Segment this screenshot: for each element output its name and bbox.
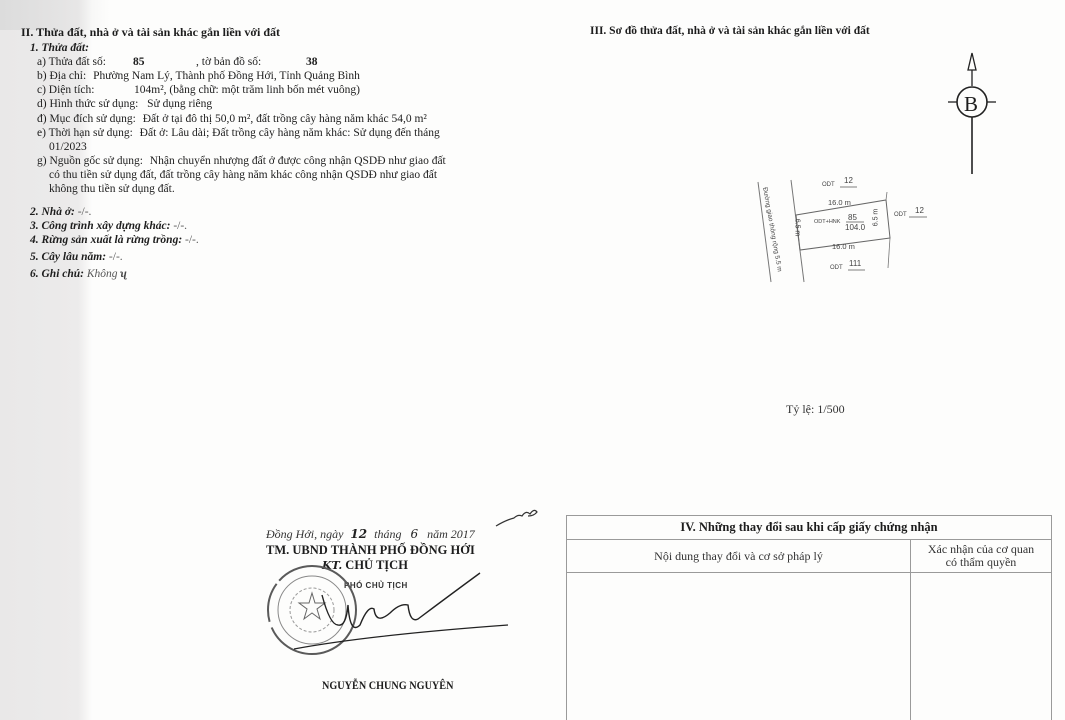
address-row: b) Địa chỉ: Phường Nam Lý, Thành phố Đồn… — [37, 70, 360, 83]
left-edge-length: 6.5 m — [793, 219, 800, 237]
south-neighbor-parcel: 111 — [849, 259, 861, 268]
bottom-edge-length: 16.0 m — [832, 242, 855, 251]
signature-date: Đồng Hới, ngày 12 tháng 6 năm 2017 — [266, 527, 475, 542]
origin-value-3: không thu tiền sử dụng đất. — [49, 183, 175, 196]
purpose-value: Đất ở tại đô thị 50,0 m², đất trồng cây … — [143, 113, 427, 125]
note-value: Không — [87, 268, 118, 280]
col-change-content: Nội dung thay đổi và cơ sở pháp lý — [567, 540, 911, 572]
date-place: Đồng Hới, ngày — [266, 527, 343, 541]
area-label: c) Diện tích: — [37, 84, 94, 97]
east-neighbor-parcel: 12 — [915, 206, 924, 215]
parcel-map-area: 104.0 — [845, 223, 865, 232]
north-neighbor-type: ODT — [822, 182, 835, 188]
right-edge-length: 6.5 m — [872, 209, 879, 227]
origin-row: g) Nguồn gốc sử dụng: Nhận chuyển nhượng… — [37, 155, 446, 168]
north-arrow-icon: B — [940, 50, 1010, 180]
other-construction-heading: 3. Công trình xây dựng khác: — [30, 220, 170, 232]
changes-table-body — [567, 573, 1051, 720]
map-sheet-label: , tờ bản đồ số: — [196, 56, 261, 69]
address-value: Phường Nam Lý, Thành phố Đồng Hới, Tỉnh … — [93, 70, 360, 82]
authority-confirmation-cell — [911, 573, 1051, 720]
origin-value-1: Nhận chuyển nhượng đất ở được công nhận … — [150, 155, 446, 167]
perennial-value: -/-. — [109, 251, 123, 263]
other-construction-value: -/-. — [173, 220, 187, 232]
origin-value-2: có thu tiền sử dụng đất, đất trồng cây h… — [49, 169, 437, 182]
parcel-map: Đường giao thông rộng 5.5 m ODT 12 16.0 … — [752, 172, 932, 287]
col-authority-line2: có thẩm quyền — [946, 555, 1017, 569]
other-construction-row: 3. Công trình xây dựng khác: -/-. — [30, 220, 187, 232]
change-content-cell — [567, 573, 911, 720]
section2-title: II. Thửa đất, nhà ở và tài sản khác gắn … — [21, 25, 280, 40]
parcel-number: 85 — [133, 56, 145, 69]
address-label: b) Địa chỉ: — [37, 70, 86, 82]
road-label-wrap: Đường giao thông rộng 5.5 m — [766, 180, 776, 280]
forest-value: -/-. — [185, 234, 199, 246]
term-value-2: 01/2023 — [49, 141, 87, 154]
map-scale: Tỷ lệ: 1/500 — [786, 402, 845, 417]
term-row: e) Thời hạn sử dụng: Đất ở: Lâu dài; Đất… — [37, 127, 440, 140]
col-authority-confirmation: Xác nhận của cơ quancó thẩm quyền — [911, 540, 1051, 572]
parcel-map-number: 85 — [848, 213, 857, 222]
land-heading: 1. Thửa đất: — [30, 42, 89, 54]
north-label: B — [964, 92, 978, 117]
changes-table-title: IV. Những thay đổi sau khi cấp giấy chứn… — [567, 516, 1051, 540]
col-authority-line1: Xác nhận của cơ quan — [928, 542, 1034, 556]
forest-heading: 4. Rừng sản xuất là rừng trồng: — [30, 234, 182, 246]
house-heading: 2. Nhà ở: — [30, 206, 75, 218]
note-heading: 6. Ghi chú: — [30, 268, 84, 280]
note-row: 6. Ghi chú: Không ʯ — [30, 268, 127, 280]
top-edge-length: 16.0 m — [828, 198, 851, 207]
date-day: 12 — [350, 527, 367, 541]
official-seal-and-signature — [250, 565, 530, 675]
changes-table: IV. Những thay đổi sau khi cấp giấy chứn… — [566, 515, 1052, 720]
parcel-label: a) Thửa đất số: — [37, 56, 106, 68]
house-row: 2. Nhà ở: -/-. — [30, 206, 91, 218]
section3-title: III. Sơ đồ thửa đất, nhà ở và tài sản kh… — [590, 25, 870, 37]
note-handwritten-mark: ʯ — [120, 268, 126, 280]
perennial-heading: 5. Cây lâu năm: — [30, 251, 106, 263]
parcel-number-row: a) Thửa đất số: — [37, 56, 106, 69]
house-value: -/-. — [78, 206, 92, 218]
changes-table-header: Nội dung thay đổi và cơ sở pháp lý Xác n… — [567, 540, 1051, 573]
origin-label: g) Nguồn gốc sử dụng: — [37, 155, 143, 167]
date-year: năm 2017 — [427, 527, 475, 541]
term-value-1: Đất ở: Lâu dài; Đất trồng cây hàng năm k… — [140, 127, 440, 139]
east-neighbor-type: ODT — [894, 212, 907, 218]
south-neighbor-type: ODT — [830, 265, 843, 271]
usage-form-label: d) Hình thức sử dụng: — [37, 98, 138, 110]
signing-organization: TM. UBND THÀNH PHỐ ĐỒNG HỚI — [266, 543, 475, 558]
map-sheet-number: 38 — [306, 56, 318, 69]
forest-row: 4. Rừng sản xuất là rừng trồng: -/-. — [30, 234, 199, 246]
date-month: 6 — [410, 527, 418, 541]
parcel-type: ODT+HNK — [814, 219, 840, 225]
purpose-row: đ) Mục đích sử dụng: Đất ở tại đô thị 50… — [37, 113, 427, 126]
term-label: e) Thời hạn sử dụng: — [37, 127, 133, 139]
usage-form-row: d) Hình thức sử dụng: Sử dụng riêng — [37, 98, 212, 111]
perennial-row: 5. Cây lâu năm: -/-. — [30, 251, 123, 263]
north-neighbor-parcel: 12 — [844, 176, 853, 185]
date-month-label: tháng — [374, 527, 401, 541]
usage-form-value: Sử dụng riêng — [147, 98, 212, 110]
handwritten-flourish — [494, 506, 539, 533]
area-value: 104m², (bằng chữ: một trăm linh bốn mét … — [134, 84, 360, 97]
signer-name: NGUYỄN CHUNG NGUYÊN — [322, 678, 453, 693]
purpose-label: đ) Mục đích sử dụng: — [37, 113, 136, 125]
